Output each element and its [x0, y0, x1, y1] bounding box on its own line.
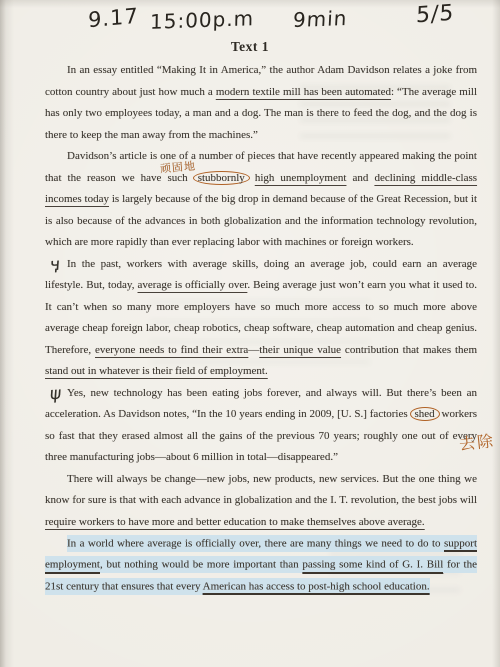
circled-word: shed: [410, 407, 440, 421]
body-text: contribution that makes them: [341, 344, 477, 356]
document-page: 9.17 15:00p.m 9min 5/5 Text 1 In an essa…: [0, 0, 500, 667]
body-text: There will always be change—new jobs, ne…: [45, 473, 477, 507]
underlined-text: average is officially over: [138, 279, 248, 291]
paragraph-5: There will always be change—new jobs, ne…: [45, 469, 477, 534]
underlined-text: require workers to have more and better …: [45, 516, 425, 528]
handwritten-translation-note: 顽固地: [159, 155, 197, 180]
body-text: and: [346, 172, 374, 184]
body-text: is largely because of the big drop in de…: [45, 193, 477, 248]
paragraph-2: Davidson’s article is one of a number of…: [45, 146, 477, 254]
handwritten-margin-note-shed: 去除: [458, 428, 496, 455]
article: In an essay entitled “Making It in Ameri…: [45, 60, 477, 598]
underlined-text: stand out in whatever is their field of …: [45, 365, 268, 377]
paragraph-1: In an essay entitled “Making It in Ameri…: [45, 60, 477, 146]
body-text: , but nothing would be more important th…: [100, 556, 302, 573]
body-text: In a world where average is officially o…: [67, 535, 444, 552]
handwritten-paragraph-mark: ӌ: [49, 254, 61, 276]
page-title: Text 1: [0, 0, 500, 55]
paragraph-4: ψYes, new technology has been eating job…: [45, 383, 477, 469]
paragraph-3: ӌIn the past, workers with average skill…: [45, 254, 477, 383]
paragraph-6: In a world where average is officially o…: [45, 533, 477, 598]
underlined-text: passing some kind of G. I. Bill: [302, 556, 443, 573]
circled-word: stubbornly顽固地: [193, 171, 250, 185]
underlined-text: their unique value: [259, 344, 341, 356]
body-text: —: [248, 344, 259, 356]
underlined-text: high unemployment: [255, 172, 347, 184]
underlined-text: American has access to post-high school …: [203, 578, 430, 595]
handwritten-paragraph-mark: ψ: [49, 383, 62, 405]
underlined-text: everyone needs to find their extra: [95, 344, 248, 356]
underlined-text: modern textile mill has been automated: [216, 86, 391, 98]
